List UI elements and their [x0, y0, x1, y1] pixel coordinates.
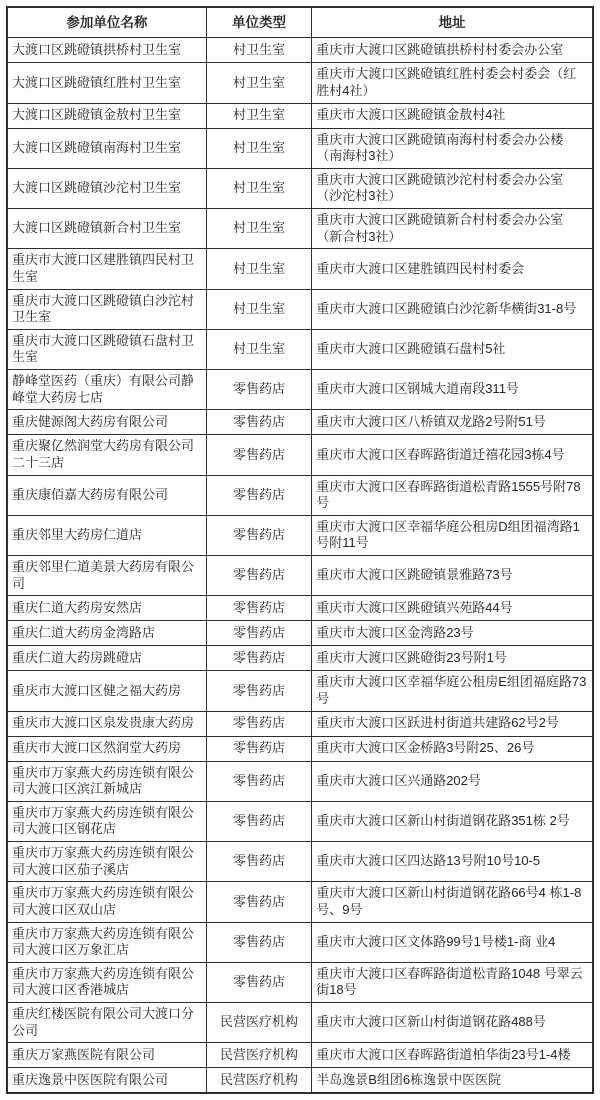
table-row: 重庆红楼医院有限公司大渡口分公司 民营医疗机构 重庆市大渡口区新山村街道钢花路4…: [7, 1003, 593, 1043]
table-row: 重庆聚亿然润堂大药房有限公司二十三店 零售药店 重庆市大渡口区春晖路街道迁禧花园…: [7, 435, 593, 475]
unit-name-cell: 大渡口区跳磴镇红胜村卫生室: [7, 63, 206, 103]
unit-name-cell: 大渡口区跳磴镇拱桥村卫生室: [7, 38, 206, 63]
table-row: 重庆市万家燕大药房连锁有限公司大渡口区万象汇店 零售药店 重庆市大渡口区文体路9…: [7, 922, 593, 962]
unit-name-cell: 重庆仁道大药房跳磴店: [7, 646, 206, 671]
unit-type-cell: 村卫生室: [206, 168, 311, 208]
unit-address-cell: 重庆市大渡口区跳磴镇南海村村委会办公楼（南海村3社）: [312, 128, 593, 168]
unit-name-cell: 重庆市大渡口区建胜镇四民村卫生室: [7, 249, 206, 289]
page: 参加单位名称 单位类型 地址 大渡口区跳磴镇拱桥村卫生室 村卫生室 重庆市大渡口…: [0, 0, 600, 1100]
unit-name-cell: 大渡口区跳磴镇南海村卫生室: [7, 128, 206, 168]
unit-address-cell: 重庆市大渡口区春晖路街道松青路1555号附78号: [312, 475, 593, 515]
unit-address-cell: 重庆市大渡口区跳磴镇金敖村4社: [312, 103, 593, 128]
unit-type-cell: 零售药店: [206, 596, 311, 621]
unit-name-cell: 重庆市万家燕大药房连锁有限公司大渡口区香港城店: [7, 962, 206, 1002]
unit-type-cell: 村卫生室: [206, 249, 311, 289]
table-row: 重庆市万家燕大药房连锁有限公司大渡口区香港城店 零售药店 重庆市大渡口区春晖路街…: [7, 962, 593, 1002]
unit-type-cell: 零售药店: [206, 842, 311, 882]
unit-name-cell: 重庆市万家燕大药房连锁有限公司大渡口区双山店: [7, 882, 206, 922]
unit-type-cell: 村卫生室: [206, 38, 311, 63]
table-row: 重庆逸景中医医院有限公司 民营医疗机构 半岛逸景B组团6栋逸景中医医院: [7, 1068, 593, 1093]
unit-type-cell: 零售药店: [206, 801, 311, 841]
unit-name-cell: 重庆仁道大药房安然店: [7, 596, 206, 621]
unit-address-cell: 重庆市大渡口区跳磴镇景雅路73号: [312, 556, 593, 596]
header-address: 地址: [312, 7, 593, 38]
unit-address-cell: 重庆市大渡口区跳磴镇兴苑路44号: [312, 596, 593, 621]
table-body: 大渡口区跳磴镇拱桥村卫生室 村卫生室 重庆市大渡口区跳磴镇拱桥村村委会办公室 大…: [7, 38, 593, 1093]
unit-name-cell: 重庆万家燕医院有限公司: [7, 1043, 206, 1068]
unit-address-cell: 重庆市大渡口区跳磴街23号附1号: [312, 646, 593, 671]
unit-name-cell: 大渡口区跳磴镇新合村卫生室: [7, 209, 206, 249]
table-row: 重庆市万家燕大药房连锁有限公司大渡口区钢花店 零售药店 重庆市大渡口区新山村街道…: [7, 801, 593, 841]
unit-address-cell: 重庆市大渡口区跳磴镇白沙沱新华横街31-8号: [312, 289, 593, 329]
unit-name-cell: 重庆市大渡口区健之福大药房: [7, 671, 206, 711]
table-row: 重庆市万家燕大药房连锁有限公司大渡口区茄子溪店 零售药店 重庆市大渡口区四达路1…: [7, 842, 593, 882]
unit-address-cell: 重庆市大渡口区跳磴镇新合村村委会办公室（新合村3社）: [312, 209, 593, 249]
unit-name-cell: 重庆市万家燕大药房连锁有限公司大渡口区钢花店: [7, 801, 206, 841]
unit-address-cell: 重庆市大渡口区兴通路202号: [312, 761, 593, 801]
unit-name-cell: 重庆邻里仁道美景大药房有限公司: [7, 556, 206, 596]
unit-type-cell: 零售药店: [206, 922, 311, 962]
unit-address-cell: 重庆市大渡口区四达路13号附10号10-5: [312, 842, 593, 882]
unit-address-cell: 重庆市大渡口区金湾路23号: [312, 621, 593, 646]
table-row: 大渡口区跳磴镇金敖村卫生室 村卫生室 重庆市大渡口区跳磴镇金敖村4社: [7, 103, 593, 128]
unit-type-cell: 村卫生室: [206, 329, 311, 369]
unit-name-cell: 重庆仁道大药房金湾路店: [7, 621, 206, 646]
unit-address-cell: 重庆市大渡口区八桥镇双龙路2号附51号: [312, 410, 593, 435]
unit-type-cell: 零售药店: [206, 646, 311, 671]
table-row: 重庆市大渡口区然润堂大药房 零售药店 重庆市大渡口区金桥路3号附25、26号: [7, 736, 593, 761]
unit-name-cell: 重庆市万家燕大药房连锁有限公司大渡口区万象汇店: [7, 922, 206, 962]
table-row: 重庆仁道大药房金湾路店 零售药店 重庆市大渡口区金湾路23号: [7, 621, 593, 646]
participating-units-table: 参加单位名称 单位类型 地址 大渡口区跳磴镇拱桥村卫生室 村卫生室 重庆市大渡口…: [6, 6, 594, 1094]
unit-type-cell: 民营医疗机构: [206, 1068, 311, 1093]
unit-address-cell: 重庆市大渡口区跳磴镇拱桥村村委会办公室: [312, 38, 593, 63]
unit-name-cell: 重庆市大渡口区然润堂大药房: [7, 736, 206, 761]
unit-type-cell: 零售药店: [206, 761, 311, 801]
header-unit-type: 单位类型: [206, 7, 311, 38]
unit-address-cell: 重庆市大渡口区跳磴镇石盘村5社: [312, 329, 593, 369]
unit-address-cell: 重庆市大渡口区跃进村街道共建路62号2号: [312, 711, 593, 736]
unit-address-cell: 半岛逸景B组团6栋逸景中医医院: [312, 1068, 593, 1093]
unit-name-cell: 重庆市大渡口区跳磴镇石盘村卫生室: [7, 329, 206, 369]
table-row: 重庆康佰嘉大药房有限公司 零售药店 重庆市大渡口区春晖路街道松青路1555号附7…: [7, 475, 593, 515]
table-row: 大渡口区跳磴镇拱桥村卫生室 村卫生室 重庆市大渡口区跳磴镇拱桥村村委会办公室: [7, 38, 593, 63]
unit-name-cell: 重庆健源阁大药房有限公司: [7, 410, 206, 435]
table-row: 大渡口区跳磴镇新合村卫生室 村卫生室 重庆市大渡口区跳磴镇新合村村委会办公室（新…: [7, 209, 593, 249]
table-row: 重庆邻里仁道美景大药房有限公司 零售药店 重庆市大渡口区跳磴镇景雅路73号: [7, 556, 593, 596]
table-row: 静峰堂医药（重庆）有限公司静峰堂大药房七店 零售药店 重庆市大渡口区钢城大道南段…: [7, 370, 593, 410]
header-row: 参加单位名称 单位类型 地址: [7, 7, 593, 38]
table-row: 重庆市大渡口区健之福大药房 零售药店 重庆市大渡口区幸福华庭公租房E组团福庭路7…: [7, 671, 593, 711]
unit-type-cell: 零售药店: [206, 962, 311, 1002]
unit-address-cell: 重庆市大渡口区文体路99号1号楼1-商 业4: [312, 922, 593, 962]
unit-address-cell: 重庆市大渡口区跳磴镇沙沱村村委会办公室（沙沱村3社）: [312, 168, 593, 208]
table-row: 重庆仁道大药房跳磴店 零售药店 重庆市大渡口区跳磴街23号附1号: [7, 646, 593, 671]
unit-address-cell: 重庆市大渡口区跳磴镇红胜村委会村委会（红胜村4社）: [312, 63, 593, 103]
unit-address-cell: 重庆市大渡口区新山村街道钢花路66号4 栋1-8号、9号: [312, 882, 593, 922]
unit-type-cell: 零售药店: [206, 410, 311, 435]
unit-name-cell: 重庆市大渡口区跳磴镇白沙沱村卫生室: [7, 289, 206, 329]
table-row: 重庆市大渡口区跳磴镇石盘村卫生室 村卫生室 重庆市大渡口区跳磴镇石盘村5社: [7, 329, 593, 369]
unit-address-cell: 重庆市大渡口区新山村街道钢花路351栋 2号: [312, 801, 593, 841]
unit-address-cell: 重庆市大渡口区春晖路街道柏华街23号1-4楼: [312, 1043, 593, 1068]
unit-type-cell: 零售药店: [206, 556, 311, 596]
unit-name-cell: 静峰堂医药（重庆）有限公司静峰堂大药房七店: [7, 370, 206, 410]
header-unit-name: 参加单位名称: [7, 7, 206, 38]
unit-type-cell: 村卫生室: [206, 209, 311, 249]
unit-type-cell: 零售药店: [206, 711, 311, 736]
unit-name-cell: 大渡口区跳磴镇金敖村卫生室: [7, 103, 206, 128]
table-row: 大渡口区跳磴镇南海村卫生室 村卫生室 重庆市大渡口区跳磴镇南海村村委会办公楼（南…: [7, 128, 593, 168]
unit-name-cell: 重庆市万家燕大药房连锁有限公司大渡口区茄子溪店: [7, 842, 206, 882]
unit-type-cell: 村卫生室: [206, 63, 311, 103]
unit-type-cell: 零售药店: [206, 671, 311, 711]
unit-type-cell: 零售药店: [206, 515, 311, 555]
unit-type-cell: 零售药店: [206, 736, 311, 761]
unit-type-cell: 零售药店: [206, 370, 311, 410]
table-row: 重庆市大渡口区建胜镇四民村卫生室 村卫生室 重庆市大渡口区建胜镇四民村村委会: [7, 249, 593, 289]
unit-address-cell: 重庆市大渡口区钢城大道南段311号: [312, 370, 593, 410]
table-row: 大渡口区跳磴镇沙沱村卫生室 村卫生室 重庆市大渡口区跳磴镇沙沱村村委会办公室（沙…: [7, 168, 593, 208]
table-row: 重庆仁道大药房安然店 零售药店 重庆市大渡口区跳磴镇兴苑路44号: [7, 596, 593, 621]
table-row: 重庆健源阁大药房有限公司 零售药店 重庆市大渡口区八桥镇双龙路2号附51号: [7, 410, 593, 435]
unit-address-cell: 重庆市大渡口区春晖路街道松青路1048 号翠云街18号: [312, 962, 593, 1002]
table-row: 重庆万家燕医院有限公司 民营医疗机构 重庆市大渡口区春晖路街道柏华街23号1-4…: [7, 1043, 593, 1068]
table-row: 大渡口区跳磴镇红胜村卫生室 村卫生室 重庆市大渡口区跳磴镇红胜村委会村委会（红胜…: [7, 63, 593, 103]
unit-name-cell: 重庆市万家燕大药房连锁有限公司大渡口区滨江新城店: [7, 761, 206, 801]
unit-type-cell: 零售药店: [206, 621, 311, 646]
table-header: 参加单位名称 单位类型 地址: [7, 7, 593, 38]
table-row: 重庆邻里大药房仁道店 零售药店 重庆市大渡口区幸福华庭公租房D组团福湾路1号附1…: [7, 515, 593, 555]
unit-address-cell: 重庆市大渡口区建胜镇四民村村委会: [312, 249, 593, 289]
table-row: 重庆市万家燕大药房连锁有限公司大渡口区双山店 零售药店 重庆市大渡口区新山村街道…: [7, 882, 593, 922]
unit-type-cell: 零售药店: [206, 435, 311, 475]
unit-type-cell: 民营医疗机构: [206, 1003, 311, 1043]
unit-name-cell: 重庆逸景中医医院有限公司: [7, 1068, 206, 1093]
unit-name-cell: 重庆邻里大药房仁道店: [7, 515, 206, 555]
unit-type-cell: 村卫生室: [206, 289, 311, 329]
unit-type-cell: 民营医疗机构: [206, 1043, 311, 1068]
table-row: 重庆市万家燕大药房连锁有限公司大渡口区滨江新城店 零售药店 重庆市大渡口区兴通路…: [7, 761, 593, 801]
table-row: 重庆市大渡口区泉发贵康大药房 零售药店 重庆市大渡口区跃进村街道共建路62号2号: [7, 711, 593, 736]
unit-type-cell: 村卫生室: [206, 128, 311, 168]
table-row: 重庆市大渡口区跳磴镇白沙沱村卫生室 村卫生室 重庆市大渡口区跳磴镇白沙沱新华横街…: [7, 289, 593, 329]
unit-name-cell: 大渡口区跳磴镇沙沱村卫生室: [7, 168, 206, 208]
unit-type-cell: 村卫生室: [206, 103, 311, 128]
unit-name-cell: 重庆市大渡口区泉发贵康大药房: [7, 711, 206, 736]
unit-address-cell: 重庆市大渡口区新山村街道钢花路488号: [312, 1003, 593, 1043]
unit-name-cell: 重庆红楼医院有限公司大渡口分公司: [7, 1003, 206, 1043]
unit-address-cell: 重庆市大渡口区幸福华庭公租房D组团福湾路1号附11号: [312, 515, 593, 555]
unit-address-cell: 重庆市大渡口区幸福华庭公租房E组团福庭路73号: [312, 671, 593, 711]
unit-name-cell: 重庆康佰嘉大药房有限公司: [7, 475, 206, 515]
unit-address-cell: 重庆市大渡口区春晖路街道迁禧花园3栋4号: [312, 435, 593, 475]
unit-type-cell: 零售药店: [206, 475, 311, 515]
unit-type-cell: 零售药店: [206, 882, 311, 922]
unit-name-cell: 重庆聚亿然润堂大药房有限公司二十三店: [7, 435, 206, 475]
unit-address-cell: 重庆市大渡口区金桥路3号附25、26号: [312, 736, 593, 761]
